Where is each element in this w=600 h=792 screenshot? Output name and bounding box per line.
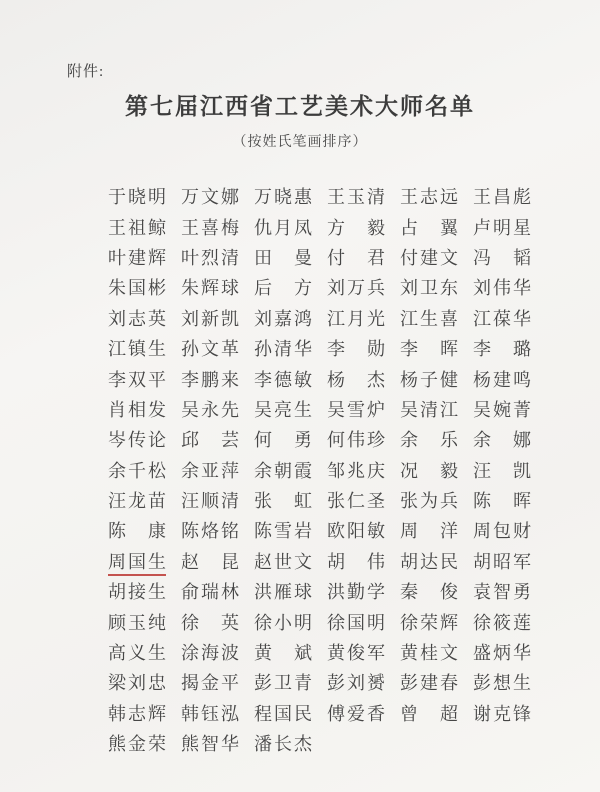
name-cell-highlighted: 周国生 bbox=[108, 551, 166, 576]
name-cell: 刘新凯 bbox=[181, 308, 239, 330]
name-cell: 李鹏来 bbox=[181, 369, 239, 391]
name-cell: 汪顺清 bbox=[181, 490, 239, 512]
name-cell: 余朝霞 bbox=[254, 460, 312, 482]
name-cell: 王志远 bbox=[400, 186, 458, 208]
name-cell: 仇月凤 bbox=[254, 217, 312, 239]
name-row: 韩志辉韩钰泓程国民傅爱香曾超谢克锋 bbox=[108, 699, 548, 729]
name-cell: 谢克锋 bbox=[473, 703, 531, 725]
name-cell: 张虹 bbox=[254, 490, 312, 512]
name-cell: 涂海波 bbox=[181, 642, 239, 664]
name-cell: 周包财 bbox=[473, 520, 531, 542]
name-cell: 徐小明 bbox=[254, 612, 312, 634]
name-cell: 叶烈清 bbox=[181, 247, 239, 269]
name-cell: 方毅 bbox=[327, 217, 385, 239]
name-cell: 田曼 bbox=[254, 247, 312, 269]
name-row: 顾玉纯徐英徐小明徐国明徐荣辉徐筱莲 bbox=[108, 607, 548, 637]
name-cell: 盛炳华 bbox=[473, 642, 531, 664]
name-cell: 江镇生 bbox=[108, 338, 166, 360]
name-cell: 熊智华 bbox=[181, 733, 239, 755]
name-cell: 陈烙铭 bbox=[181, 520, 239, 542]
name-cell: 冯韬 bbox=[473, 247, 531, 269]
name-cell: 汪凯 bbox=[473, 460, 531, 482]
name-cell: 吴永先 bbox=[181, 399, 239, 421]
name-cell: 彭建春 bbox=[400, 672, 458, 694]
name-cell: 张为兵 bbox=[400, 490, 458, 512]
name-cell: 周洋 bbox=[400, 520, 458, 542]
name-cell: 付建文 bbox=[400, 247, 458, 269]
name-cell: 李璐 bbox=[473, 338, 531, 360]
page-subtitle: （按姓氏笔画排序） bbox=[0, 131, 600, 151]
name-row: 刘志英刘新凯刘嘉鸿江月光江生喜江葆华 bbox=[108, 304, 548, 334]
name-cell: 刘志英 bbox=[108, 308, 166, 330]
name-cell: 胡接生 bbox=[108, 581, 166, 603]
name-cell: 王祖鲸 bbox=[108, 217, 166, 239]
name-cell: 余千松 bbox=[108, 460, 166, 482]
name-row: 朱国彬朱辉球后方刘万兵刘卫东刘伟华 bbox=[108, 273, 548, 303]
name-cell: 刘万兵 bbox=[327, 277, 385, 299]
name-cell: 欧阳敏 bbox=[327, 520, 385, 542]
name-cell: 陈晖 bbox=[473, 490, 531, 512]
name-cell: 胡昭军 bbox=[473, 551, 531, 573]
name-cell: 杨杰 bbox=[327, 369, 385, 391]
name-cell: 邱芸 bbox=[181, 429, 239, 451]
name-cell: 吴婉菁 bbox=[473, 399, 531, 421]
name-cell: 潘长杰 bbox=[254, 733, 312, 755]
name-cell: 李晖 bbox=[400, 338, 458, 360]
name-cell: 杨子健 bbox=[400, 369, 458, 391]
name-cell: 高义生 bbox=[108, 642, 166, 664]
name-cell: 彭刘赟 bbox=[327, 672, 385, 694]
name-cell: 江葆华 bbox=[473, 308, 531, 330]
name-row: 胡接生俞瑞林洪雁球洪勤学秦俊袁智勇 bbox=[108, 577, 548, 607]
name-cell: 徐国明 bbox=[327, 612, 385, 634]
name-cell: 孙清华 bbox=[254, 338, 312, 360]
name-cell: 陈康 bbox=[108, 520, 166, 542]
name-cell: 吴雪炉 bbox=[327, 399, 385, 421]
name-cell: 程国民 bbox=[254, 703, 312, 725]
name-cell: 杨建鸣 bbox=[473, 369, 531, 391]
name-cell: 王玉清 bbox=[327, 186, 385, 208]
name-cell: 何勇 bbox=[254, 429, 312, 451]
name-cell: 曾超 bbox=[400, 703, 458, 725]
name-cell: 赵世文 bbox=[254, 551, 312, 573]
name-cell: 后方 bbox=[254, 277, 312, 299]
name-row: 熊金荣熊智华潘长杰 bbox=[108, 729, 548, 759]
name-cell: 俞瑞林 bbox=[181, 581, 239, 603]
name-cell: 张仁圣 bbox=[327, 490, 385, 512]
name-cell: 黄桂文 bbox=[400, 642, 458, 664]
name-cell: 朱辉球 bbox=[181, 277, 239, 299]
name-cell: 况毅 bbox=[400, 460, 458, 482]
name-row: 于晓明万文娜万晓惠王玉清王志远王昌彪 bbox=[108, 182, 548, 212]
name-row: 汪龙苗汪顺清张虹张仁圣张为兵陈晖 bbox=[108, 486, 548, 516]
name-row: 周国生赵昆赵世文胡伟胡达民胡昭军 bbox=[108, 547, 548, 577]
name-cell: 孙文革 bbox=[181, 338, 239, 360]
name-cell: 韩钰泓 bbox=[181, 703, 239, 725]
name-list: 于晓明万文娜万晓惠王玉清王志远王昌彪王祖鲸王喜梅仇月凤方毅占翼卢明星叶建辉叶烈清… bbox=[108, 182, 548, 759]
name-cell: 刘伟华 bbox=[473, 277, 531, 299]
name-cell: 韩志辉 bbox=[108, 703, 166, 725]
name-cell: 王昌彪 bbox=[473, 186, 531, 208]
name-row: 王祖鲸王喜梅仇月凤方毅占翼卢明星 bbox=[108, 212, 548, 242]
name-cell: 吴清江 bbox=[400, 399, 458, 421]
name-cell: 余亚萍 bbox=[181, 460, 239, 482]
name-cell: 李双平 bbox=[108, 369, 166, 391]
name-cell: 胡伟 bbox=[327, 551, 385, 573]
name-cell: 占翼 bbox=[400, 217, 458, 239]
name-cell: 赵昆 bbox=[181, 551, 239, 573]
name-cell: 彭想生 bbox=[473, 672, 531, 694]
name-cell: 秦俊 bbox=[400, 581, 458, 603]
name-row: 余千松余亚萍余朝霞邹兆庆况毅汪凯 bbox=[108, 456, 548, 486]
name-cell: 刘卫东 bbox=[400, 277, 458, 299]
name-cell: 黄斌 bbox=[254, 642, 312, 664]
name-cell: 叶建辉 bbox=[108, 247, 166, 269]
name-cell: 黄俊军 bbox=[327, 642, 385, 664]
name-row: 江镇生孙文革孙清华李勋李晖李璐 bbox=[108, 334, 548, 364]
name-cell: 朱国彬 bbox=[108, 277, 166, 299]
name-cell: 刘嘉鸿 bbox=[254, 308, 312, 330]
name-cell: 徐筱莲 bbox=[473, 612, 531, 634]
name-cell: 梁刘忠 bbox=[108, 672, 166, 694]
name-cell: 于晓明 bbox=[108, 186, 166, 208]
name-cell: 付君 bbox=[327, 247, 385, 269]
name-row: 叶建辉叶烈清田曼付君付建文冯韬 bbox=[108, 243, 548, 273]
name-row: 梁刘忠揭金平彭卫青彭刘赟彭建春彭想生 bbox=[108, 668, 548, 698]
page-title: 第七届江西省工艺美术大师名单 bbox=[0, 88, 600, 121]
name-cell: 顾玉纯 bbox=[108, 612, 166, 634]
name-cell: 江生喜 bbox=[400, 308, 458, 330]
name-cell: 江月光 bbox=[327, 308, 385, 330]
name-row: 高义生涂海波黄斌黄俊军黄桂文盛炳华 bbox=[108, 638, 548, 668]
name-row: 肖相发吴永先吴亮生吴雪炉吴清江吴婉菁 bbox=[108, 395, 548, 425]
name-cell: 万文娜 bbox=[181, 186, 239, 208]
attachment-label: 附件: bbox=[67, 60, 104, 81]
name-cell: 彭卫青 bbox=[254, 672, 312, 694]
name-row: 李双平李鹏来李德敏杨杰杨子健杨建鸣 bbox=[108, 364, 548, 394]
name-row: 岑传论邱芸何勇何伟珍余乐余娜 bbox=[108, 425, 548, 455]
name-cell: 王喜梅 bbox=[181, 217, 239, 239]
name-cell: 陈雪岩 bbox=[254, 520, 312, 542]
name-cell: 岑传论 bbox=[108, 429, 166, 451]
name-cell: 洪雁球 bbox=[254, 581, 312, 603]
name-cell: 肖相发 bbox=[108, 399, 166, 421]
name-cell: 熊金荣 bbox=[108, 733, 166, 755]
name-cell: 卢明星 bbox=[473, 217, 531, 239]
name-cell: 洪勤学 bbox=[327, 581, 385, 603]
name-cell: 傅爱香 bbox=[327, 703, 385, 725]
name-cell: 邹兆庆 bbox=[327, 460, 385, 482]
name-cell: 吴亮生 bbox=[254, 399, 312, 421]
name-cell: 胡达民 bbox=[400, 551, 458, 573]
name-cell: 何伟珍 bbox=[327, 429, 385, 451]
name-row: 陈康陈烙铭陈雪岩欧阳敏周洋周包财 bbox=[108, 516, 548, 546]
name-cell: 袁智勇 bbox=[473, 581, 531, 603]
name-cell: 余乐 bbox=[400, 429, 458, 451]
name-cell: 揭金平 bbox=[181, 672, 239, 694]
name-cell: 李德敏 bbox=[254, 369, 312, 391]
name-cell: 李勋 bbox=[327, 338, 385, 360]
name-cell: 余娜 bbox=[473, 429, 531, 451]
name-cell: 汪龙苗 bbox=[108, 490, 166, 512]
name-cell: 徐荣辉 bbox=[400, 612, 458, 634]
name-cell: 万晓惠 bbox=[254, 186, 312, 208]
name-cell: 徐英 bbox=[181, 612, 239, 634]
